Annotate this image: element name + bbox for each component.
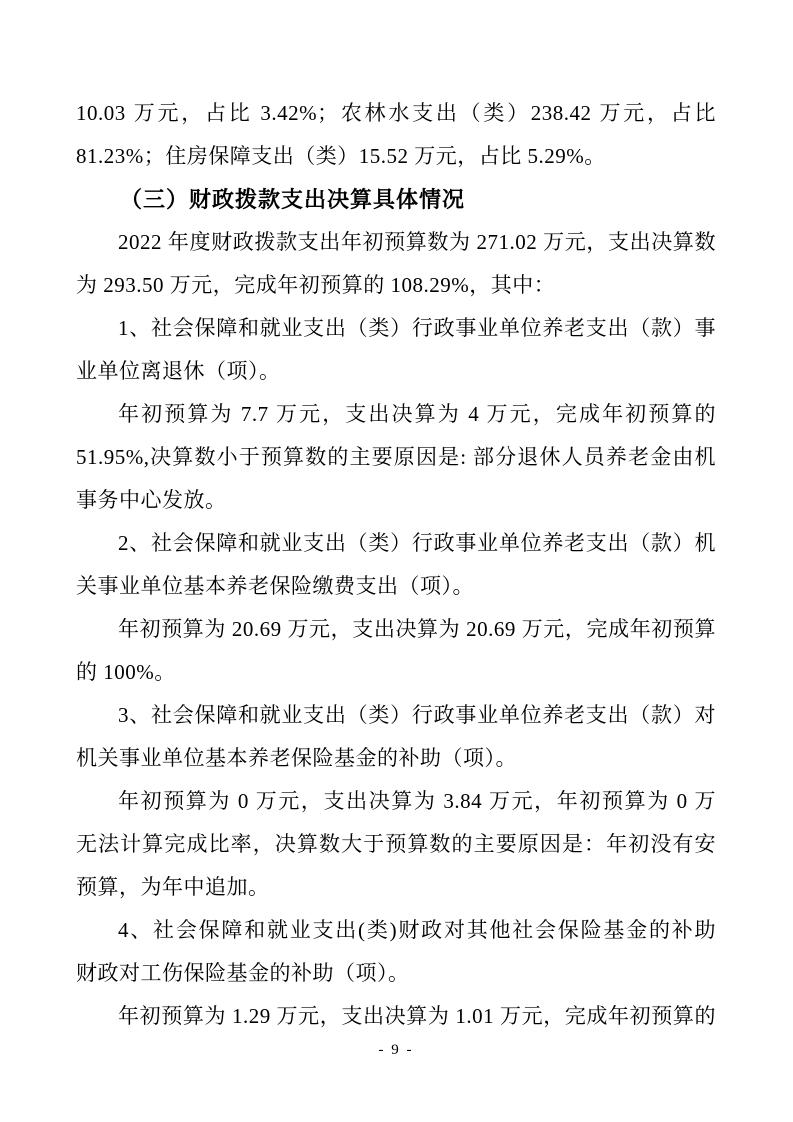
- text-line: 年初预算为 0 万元，支出决算为 3.84 万元，年初预算为 0 万元，: [76, 780, 716, 823]
- text-line: 1、社会保障和就业支出（类）行政事业单位养老支出（款）事: [76, 307, 716, 350]
- text-line: 2022 年度财政拨款支出年初预算数为 271.02 万元，支出决算数: [76, 221, 716, 264]
- text-line: 4、社会保障和就业支出(类)财政对其他社会保险基金的补助(款): [76, 909, 716, 952]
- page-number: - 9 -: [379, 1042, 414, 1058]
- text-line: 年初预算为 20.69 万元，支出决算为 20.69 万元，完成年初预算: [76, 608, 716, 651]
- document-body: 10.03 万元，占比 3.42%；农林水支出（类）238.42 万元，占比81…: [76, 92, 716, 1038]
- text-line: 年初预算为 7.7 万元，支出决算为 4 万元，完成年初预算的: [76, 393, 716, 436]
- text-line: 为 293.50 万元，完成年初预算的 108.29%，其中：: [76, 264, 716, 307]
- text-line: 事务中心发放。: [76, 479, 716, 522]
- text-line: 机关事业单位基本养老保险基金的补助（项）。: [76, 737, 716, 780]
- text-line: 2、社会保障和就业支出（类）行政事业单位养老支出（款）机: [76, 522, 716, 565]
- text-line: 预算，为年中追加。: [76, 866, 716, 909]
- section-heading: （三）财政拨款支出决算具体情况: [76, 178, 716, 221]
- text-line: 财政对工伤保险基金的补助（项）。: [76, 952, 716, 995]
- document-page: 10.03 万元，占比 3.42%；农林水支出（类）238.42 万元，占比81…: [0, 0, 793, 1122]
- text-line: 10.03 万元，占比 3.42%；农林水支出（类）238.42 万元，占比: [76, 92, 716, 135]
- text-line: 业单位离退休（项）。: [76, 350, 716, 393]
- text-line: 无法计算完成比率，决算数大于预算数的主要原因是：年初没有安排: [76, 823, 716, 866]
- text-line: 关事业单位基本养老保险缴费支出（项）。: [76, 565, 716, 608]
- page-footer: - 9 -: [76, 1040, 716, 1060]
- text-line: 的 100%。: [76, 651, 716, 694]
- text-line: 3、社会保障和就业支出（类）行政事业单位养老支出（款）对: [76, 694, 716, 737]
- text-line: 81.23%；住房保障支出（类）15.52 万元，占比 5.29%。: [76, 135, 716, 178]
- text-line: 年初预算为 1.29 万元，支出决算为 1.01 万元，完成年初预算的: [76, 995, 716, 1038]
- text-line: 51.95%,决算数小于预算数的主要原因是: 部分退休人员养老金由机关: [76, 436, 716, 479]
